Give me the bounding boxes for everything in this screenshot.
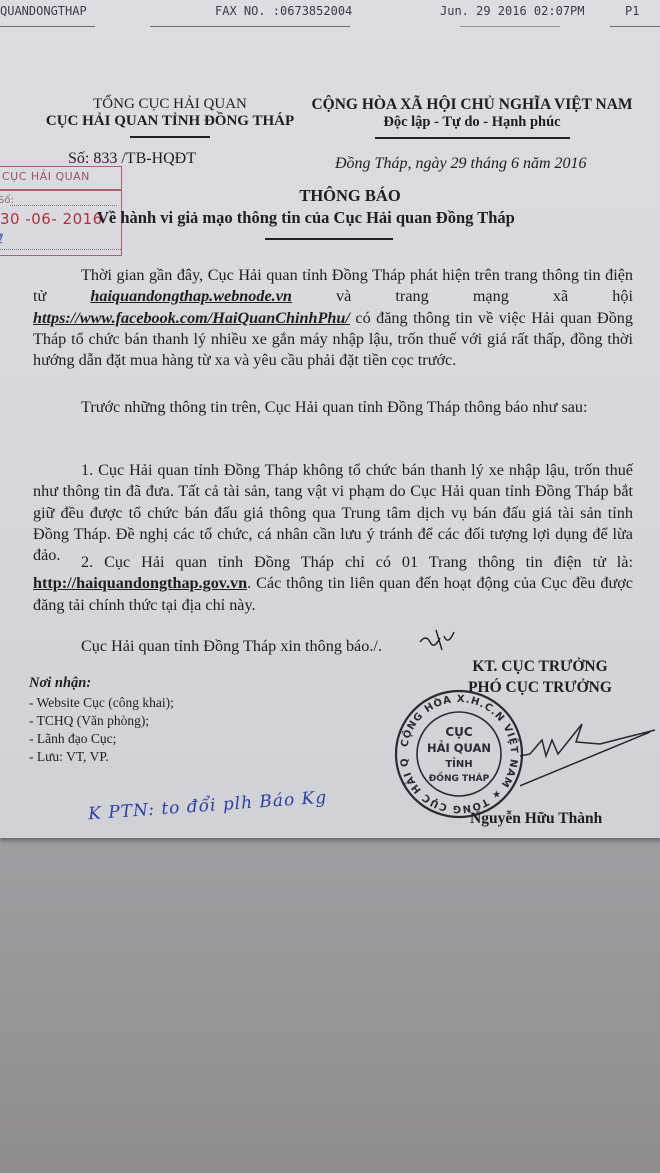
fax-sender: QUANDONGTHAP (0, 4, 87, 18)
fax-line (150, 26, 350, 27)
paragraph-4: 2. Cục Hải quan tỉnh Đồng Tháp chỉ có 01… (33, 552, 633, 624)
official-website-link[interactable]: http://haiquandongthap.gov.vn (33, 574, 247, 592)
document-title: THÔNG BÁO (0, 186, 660, 206)
fake-website-link[interactable]: haiquandongthap.webnode.vn (90, 287, 292, 305)
paragraph-text: 1. Cục Hải quan tỉnh Đồng Tháp không tổ … (33, 460, 633, 566)
motto: Độc lập - Tự do - Hạnh phúc (292, 114, 652, 131)
divider (375, 137, 570, 139)
signer-name: Nguyễn Hữu Thành (470, 810, 602, 828)
paragraph-2: Trước những thông tin trên, Cục Hải quan… (33, 397, 633, 426)
stamp-title: CỤC HẢI QUAN (2, 170, 90, 183)
signature-icon (520, 720, 660, 800)
agency-name: CỤC HẢI QUAN TỈNH ĐỒNG THÁP (40, 113, 300, 130)
closing-text: Cục Hải quan tỉnh Đồng Tháp xin thông bá… (33, 636, 633, 657)
divider (265, 238, 393, 240)
svg-text:TỈNH: TỈNH (445, 756, 472, 770)
paragraph-text: 2. Cục Hải quan tỉnh Đồng Tháp chỉ có 01… (81, 553, 633, 571)
recipient-item: - Website Cục (công khai); (29, 694, 174, 712)
fake-facebook-link[interactable]: https://www.facebook.com/HaiQuanChinhPhu… (33, 309, 350, 327)
fax-page: P1 (625, 4, 639, 18)
fax-document-page: QUANDONGTHAP FAX NO. :0673852004 Jun. 29… (0, 0, 660, 838)
fax-number: FAX NO. :0673852004 (215, 4, 352, 18)
divider (130, 136, 210, 138)
fax-line (0, 26, 95, 27)
recipient-item: - Lưu: VT, VP. (29, 748, 174, 766)
recipients-block: Nơi nhận: - Website Cục (công khai); - T… (29, 674, 174, 766)
paragraph-1: Thời gian gần đây, Cục Hải quan tỉnh Đồn… (33, 265, 633, 379)
divider (0, 249, 121, 250)
fax-header: QUANDONGTHAP FAX NO. :0673852004 Jun. 29… (0, 4, 660, 22)
national-motto: CỘNG HÒA XÃ HỘI CHỦ NGHĨA VIỆT NAM Độc l… (292, 96, 652, 139)
paragraph-text: Trước những thông tin trên, Cục Hải quan… (33, 397, 633, 418)
initial-mark-icon (418, 628, 458, 654)
fax-line (460, 26, 560, 27)
svg-text:HẢI QUAN: HẢI QUAN (427, 739, 491, 755)
agency-parent: TỔNG CỤC HẢI QUAN (40, 96, 300, 113)
handwritten-note: K PTN: to đổi plh Báo Kg (88, 788, 328, 825)
recipient-item: - TCHQ (Văn phòng); (29, 712, 174, 730)
stamp-date: 30 -06- 2016 (0, 210, 103, 228)
issuing-agency: TỔNG CỤC HẢI QUAN CỤC HẢI QUAN TỈNH ĐỒNG… (40, 96, 300, 138)
stamp-handwriting: ℓ (0, 232, 3, 247)
fax-timestamp: Jun. 29 2016 02:07PM (440, 4, 585, 18)
svg-text:CỤC: CỤC (445, 725, 473, 739)
signer-line-1: KT. CỤC TRƯỞNG (440, 656, 640, 677)
place-date: Đồng Tháp, ngày 29 tháng 6 năm 2016 (335, 155, 587, 173)
fax-line (610, 26, 660, 27)
country-name: CỘNG HÒA XÃ HỘI CHỦ NGHĨA VIỆT NAM (292, 96, 652, 114)
official-seal-icon: CỘNG HÒA X.H.C.N VIỆT NAM ★ TỔNG CỤC HẢI… (393, 688, 525, 820)
svg-text:ĐỒNG THÁP: ĐỒNG THÁP (429, 771, 490, 784)
recipients-title: Nơi nhận: (29, 674, 174, 692)
paragraph-text: và trang mạng xã hội (292, 287, 633, 305)
document-subtitle: Về hành vi giả mạo thông tin của Cục Hải… (97, 208, 515, 228)
recipient-item: - Lãnh đạo Cục; (29, 730, 174, 748)
